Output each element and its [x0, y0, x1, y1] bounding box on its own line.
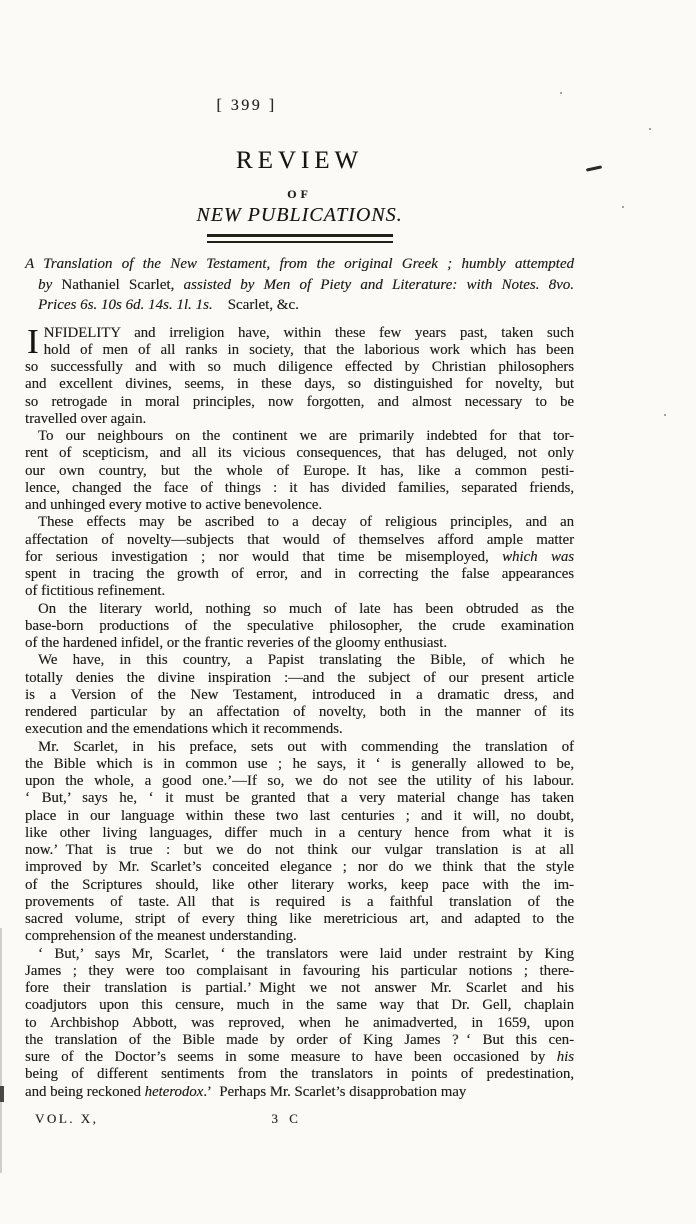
text-line: the translation of the Bible made by ord…: [25, 1032, 574, 1049]
scan-speck: [664, 414, 666, 416]
text-line: lence, changed the face of things : it h…: [25, 480, 574, 497]
text-line: and being reckoned heterodox.’ Perhaps M…: [25, 1084, 574, 1101]
text-line: These effects may be ascribed to a decay…: [25, 514, 574, 531]
text-line: place in our language within these two l…: [25, 808, 574, 825]
text-line: ‘ But,’ says Mr, Scarlet, ‘ the translat…: [25, 946, 574, 963]
title-connector: OF: [25, 187, 574, 202]
drop-cap: I: [25, 325, 44, 357]
page-title: REVIEW: [25, 147, 574, 175]
text-line: of the hardened infidel, or the frantic …: [25, 635, 574, 652]
ink-mark: [586, 165, 602, 171]
text-line: and unhinged every motive to active bene…: [25, 497, 574, 514]
paragraph: To our neighbours on the continent we ar…: [25, 428, 574, 514]
text-line: of fictitious refinement.: [25, 583, 574, 600]
text-line: upon the whole, a good one.’—If so, we d…: [25, 773, 574, 790]
text-line: base-born productions of the speculative…: [25, 618, 574, 635]
scan-speck: [560, 92, 562, 94]
text-line: travelled over again.: [25, 411, 574, 428]
double-rule-divider: [207, 234, 393, 243]
paragraph: We have, in this country, a Papist trans…: [25, 652, 574, 738]
text-line: Mr. Scarlet, in his preface, sets out wi…: [25, 739, 574, 756]
text-line: sacred volume, stript of every thing lik…: [25, 911, 574, 928]
scan-edge-artifact: [0, 1086, 4, 1102]
text-line: now.’ That is true : but we do not think…: [25, 842, 574, 859]
paragraph: ‘ But,’ says Mr, Scarlet, ‘ the translat…: [25, 946, 574, 1101]
text-line: Prices 6s. 10s 6d. 14s. 1l. 1s. Scarlet,…: [25, 295, 574, 316]
text-line: for serious investigation ; nor would th…: [25, 549, 574, 566]
text-line: rendered particular by an affectation of…: [25, 704, 574, 721]
text-line: fore their translation is partial.’ Migh…: [25, 980, 574, 997]
text-line: like other living languages, differ much…: [25, 825, 574, 842]
text-line: the Bible which is in common use ; he sa…: [25, 756, 574, 773]
text-block: [ 399 ] REVIEW OF NEW PUBLICATIONS. A Tr…: [25, 0, 574, 1127]
paragraph: On the literary world, nothing so much o…: [25, 601, 574, 653]
paragraph: INFIDELITY and irreligion have, within t…: [25, 325, 574, 429]
text-line: execution and the emendations which it r…: [25, 721, 574, 738]
signature-mark: 3 C: [271, 1111, 301, 1127]
text-line: NFIDELITY and irreligion have, within th…: [25, 325, 574, 342]
text-line: so retrogade in moral principles, now fo…: [25, 394, 574, 411]
text-line: so successfully and with so much diligen…: [25, 359, 574, 376]
text-line: rent of scepticism, and all its vicious …: [25, 445, 574, 462]
text-line: coadjutors upon this censure, much in th…: [25, 997, 574, 1014]
text-line: is a Version of the New Testament, intro…: [25, 687, 574, 704]
volume-label: VOL. X,: [35, 1111, 98, 1127]
scanned-page: [ 399 ] REVIEW OF NEW PUBLICATIONS. A Tr…: [0, 0, 696, 1224]
text-line: improved by Mr. Scarlet’s conceited eleg…: [25, 859, 574, 876]
text-line: totally denies the divine inspiration :—…: [25, 670, 574, 687]
text-line: affectation of novelty—subjects that wou…: [25, 532, 574, 549]
text-line: sure of the Doctor’s seems in some measu…: [25, 1049, 574, 1066]
text-line: To our neighbours on the continent we ar…: [25, 428, 574, 445]
citation: A Translation of the New Testament, from…: [25, 254, 574, 316]
text-line: being of different sentiments from the t…: [25, 1066, 574, 1083]
text-line: James ; they were too complaisant in fav…: [25, 963, 574, 980]
text-line: of the Scriptures should, like other lit…: [25, 877, 574, 894]
text-line: spent in tracing the growth of error, an…: [25, 566, 574, 583]
text-line: our own country, but the whole of Europe…: [25, 463, 574, 480]
text-line: to Archbishop Abbott, was reproved, when…: [25, 1015, 574, 1032]
text-line: provements of taste. All that is require…: [25, 894, 574, 911]
page-number: [ 399 ]: [0, 97, 521, 115]
page-subtitle: NEW PUBLICATIONS.: [25, 204, 574, 227]
page-footer: VOL. X, 3 C: [25, 1111, 574, 1127]
body-text: INFIDELITY and irreligion have, within t…: [25, 325, 574, 1101]
scan-speck: [622, 206, 624, 208]
text-line: and excellent divines, seems, in these d…: [25, 376, 574, 393]
paragraph: These effects may be ascribed to a decay…: [25, 514, 574, 600]
scan-edge-artifact: [0, 928, 2, 1173]
text-line: hold of men of all ranks in society, tha…: [25, 342, 574, 359]
text-line: comprehension of the meanest understandi…: [25, 928, 574, 945]
text-line: On the literary world, nothing so much o…: [25, 601, 574, 618]
paragraph: Mr. Scarlet, in his preface, sets out wi…: [25, 739, 574, 946]
text-line: by Nathaniel Scarlet, assisted by Men of…: [25, 275, 574, 296]
text-line: ‘ But,’ says he, ‘ it must be granted th…: [25, 790, 574, 807]
scan-speck: [649, 128, 651, 130]
text-line: We have, in this country, a Papist trans…: [25, 652, 574, 669]
text-line: A Translation of the New Testament, from…: [25, 254, 574, 275]
